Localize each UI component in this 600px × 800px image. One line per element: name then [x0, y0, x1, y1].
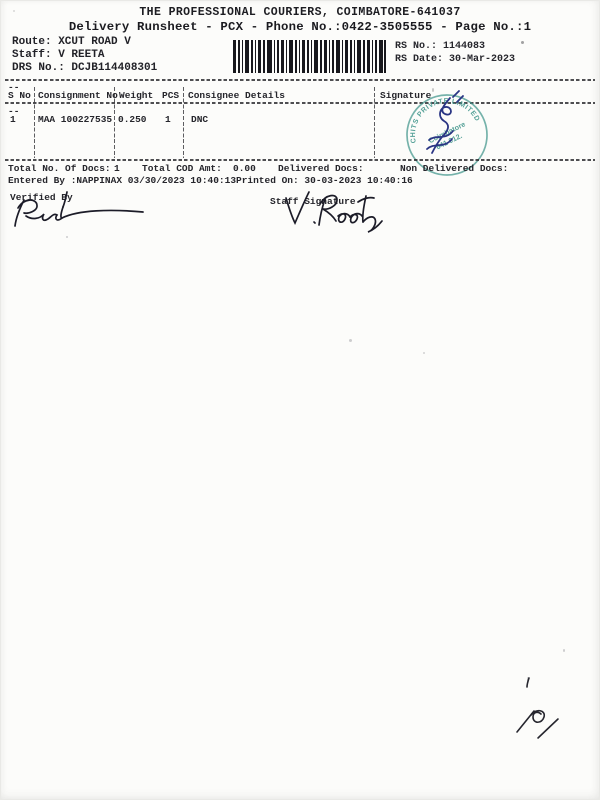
cell-consignee: DNC [191, 114, 208, 125]
barcode [233, 40, 386, 73]
cell-consignment-no: MAA 100227535 [38, 114, 112, 125]
cod-amount-value: 0.00 [233, 163, 256, 174]
entered-by-line: Entered By :NAPPINAX 03/30/2023 10:40:13 [8, 175, 236, 186]
scan-speck [563, 649, 565, 652]
scan-speck [521, 41, 524, 44]
scan-speck [349, 339, 352, 342]
col-header-sno: S No [8, 90, 31, 101]
scan-speck [66, 236, 68, 238]
cell-pcs: 1 [165, 114, 171, 125]
col-header-pcs: PCS [162, 90, 179, 101]
scan-speck [527, 677, 529, 682]
column-rule [34, 87, 35, 158]
column-rule [374, 87, 375, 158]
scan-speck [13, 10, 15, 12]
cell-sno: 1 [10, 114, 16, 125]
verified-by-signature [10, 186, 150, 232]
column-rule [183, 87, 184, 158]
scan-speck [432, 88, 434, 92]
cod-amount-label: Total COD Amt: [142, 163, 222, 174]
scan-speck [423, 352, 425, 354]
col-header-consignment: Consignment No [38, 90, 118, 101]
document-subtitle: Delivery Runsheet - PCX - Phone No.:0422… [0, 20, 600, 34]
handwritten-corner-mark [505, 670, 565, 750]
route-line: Route: XCUT ROAD V [12, 36, 131, 48]
separator-line-header [5, 102, 595, 104]
drs-no-line: DRS No.: DCJB114408301 [12, 62, 157, 74]
printed-on-line: Printed On: 30-03-2023 10:40:16 [236, 175, 413, 186]
staff-signature [278, 186, 388, 238]
document-title: THE PROFESSIONAL COURIERS, COIMBATORE-64… [0, 6, 600, 19]
separator-line-top [5, 79, 595, 81]
non-delivered-docs-label: Non Delivered Docs: [400, 163, 508, 174]
staff-line: Staff: V REETA [12, 49, 104, 61]
rs-no-line: RS No.: 1144083 [395, 41, 485, 52]
delivered-docs-label: Delivered Docs: [278, 163, 364, 174]
cell-weight: 0.250 [118, 114, 147, 125]
rs-date-line: RS Date: 30-Mar-2023 [395, 54, 515, 65]
col-header-consignee: Consignee Details [188, 90, 285, 101]
total-docs-label: Total No. Of Docs: [8, 163, 111, 174]
column-rule [114, 87, 115, 158]
col-header-weight: Weight [119, 90, 153, 101]
scanned-runsheet-page: THE PROFESSIONAL COURIERS, COIMBATORE-64… [0, 0, 600, 800]
separator-line-bottom [5, 159, 595, 161]
total-docs-value: 1 [114, 163, 120, 174]
